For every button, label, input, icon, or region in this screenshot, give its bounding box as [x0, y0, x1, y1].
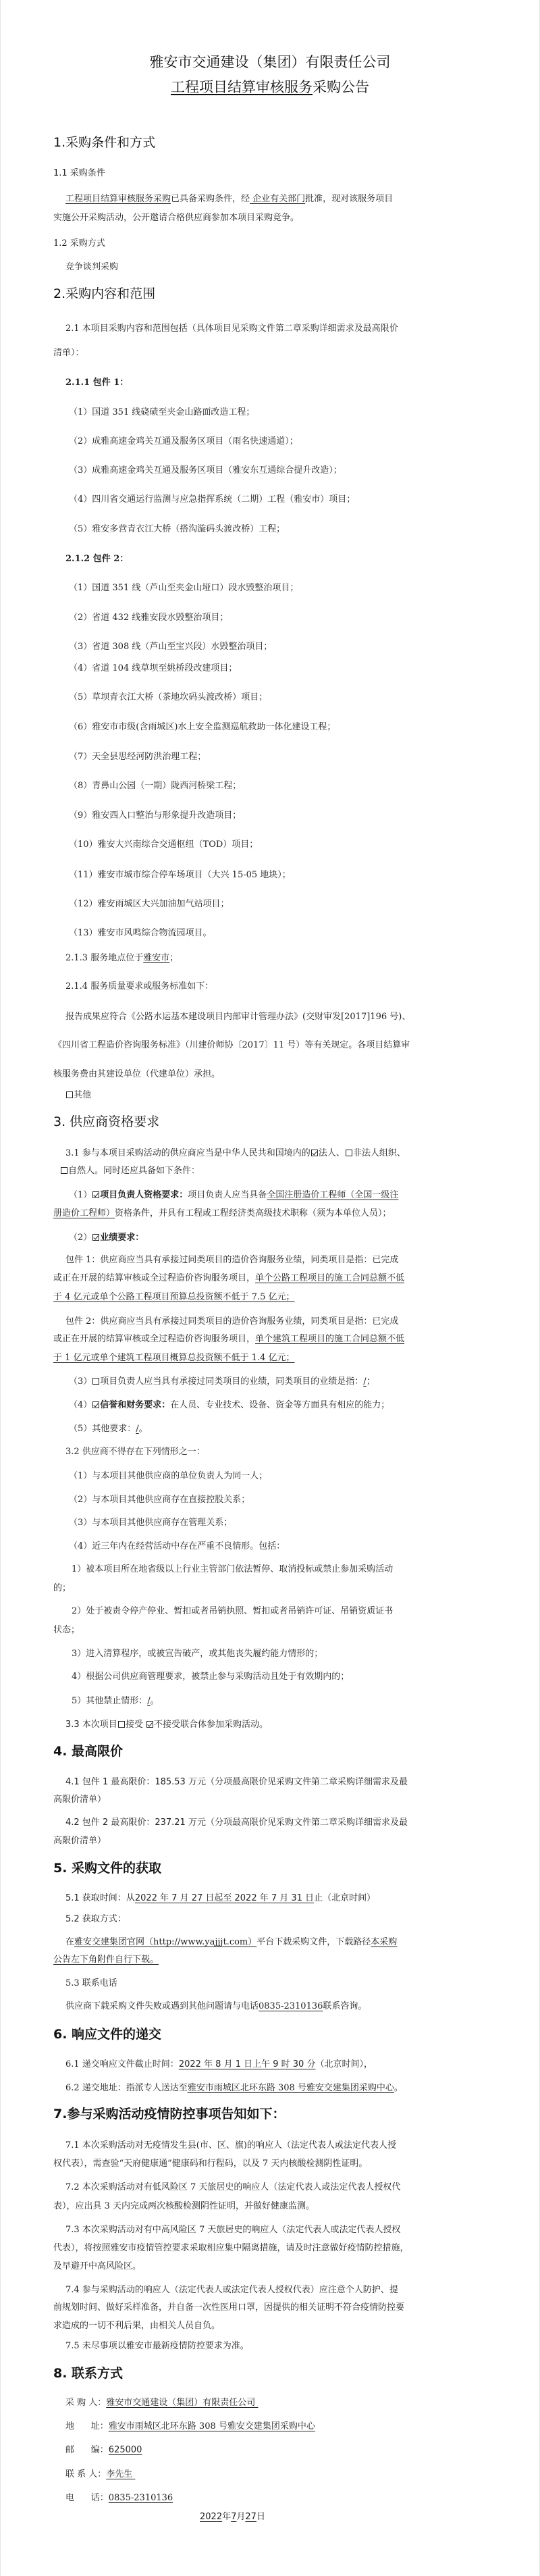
checkbox-unchecked[interactable]: [118, 1721, 125, 1728]
text: 供应商下载采购文件失败或遇到其他问题请与电话: [65, 2001, 259, 2011]
contact-value: 雅安市交通建设（集团）有限责任公司: [106, 2398, 258, 2408]
text: 已具备采购条件，经: [171, 194, 250, 204]
section-7-heading: 7.参与采购活动疫情防控事项告知如下：: [53, 2105, 285, 2123]
contact-value: 625000: [109, 2445, 142, 2455]
text: 日: [256, 2512, 265, 2522]
package-2-item: （6）雅安市市级(含雨城区)水上安全监测巡航救助一体化建设工程；: [69, 721, 335, 733]
package-1-performance-cont: 于 4 亿元或单个公路工程项目预算总投资额不低于 7.5 亿元；: [53, 1291, 294, 1304]
option-non-legal-org: 非法人组织、: [353, 1148, 406, 1158]
text: 止（北京时间）: [314, 1893, 375, 1903]
contact-label: 邮 编：: [65, 2445, 109, 2455]
website-link[interactable]: 雅安交建集团官网（http://www.yajjjt.com）: [74, 1937, 256, 1947]
checkbox-unchecked[interactable]: [92, 1378, 99, 1385]
contact-row-phone: 电 话：0835-2310136: [65, 2492, 173, 2504]
announcement-date: 2022年7月27日: [200, 2511, 265, 2523]
package-2-item: （5）草坝青衣江大桥（茶地坎码头渡改桥）项目；: [69, 692, 267, 704]
option-accept: 接受: [126, 1720, 146, 1730]
project-name: 工程项目结算审核服务采购: [65, 194, 171, 204]
acquisition-method: 在雅安交建集团官网（http://www.yajjjt.com）平台下载采购文件…: [65, 1936, 397, 1949]
section-2-1-line2: 清单）：: [53, 347, 84, 359]
package-2-item: （11）雅安市城市综合停车场项目（大兴 15-05 地块）；: [69, 869, 291, 881]
package-2-item: （2）省道 432 线雅安段水毁整治项目；: [69, 612, 228, 624]
section-1-2-heading: 1.2 采购方式: [53, 238, 105, 250]
procurement-method: 竞争谈判采购: [65, 261, 118, 274]
company-name: 雅安市交通建设（集团）有限责任公司: [0, 53, 540, 72]
epidemic-7-4-cont: 前规划时间、做好采样准备，并自备一次性医用口罩，因提供的相关证明不符合疫情防控要: [53, 2302, 404, 2314]
requirement-label: 项目负责人资格要求：: [100, 1190, 188, 1200]
text: 。: [139, 1424, 148, 1434]
contact-row-postcode: 邮 编：625000: [65, 2444, 142, 2456]
exclusion-item: （4）近三年内在经营活动中存在严重不良情形。包括：: [69, 1541, 285, 1553]
text: 3.1 参与本项目采购活动的供应商应当是中华人民共和国境内的: [65, 1148, 310, 1158]
contact-value[interactable]: 0835-2310136: [109, 2493, 173, 2503]
checkbox-checked[interactable]: [92, 1234, 99, 1241]
text: 2.1.3 服务地点位于: [65, 953, 143, 963]
epidemic-7-5: 7.5 未尽事项以雅安市最新疫情防控要求为准。: [65, 2340, 249, 2352]
text: 5）其他禁止情形：: [72, 1696, 147, 1706]
package-1-item: （4）四川省交通运行监测与应急指挥系统（二期）工程（雅安市）项目；: [69, 494, 355, 506]
text: ；: [367, 1376, 375, 1387]
package-2-max-price-cont: 高限价清单）: [53, 1835, 106, 1847]
epidemic-7-2: 7.2 本次采购活动对有低风险区 7 天旅居史的响应人（法定代表人或法定代表人授…: [65, 2182, 400, 2194]
title-rest: 采购公告: [313, 79, 369, 95]
download-path: 公告左下角附件自行下载。: [53, 1955, 159, 1965]
package-2-item: （8）青鼻山公园（一期）陇西河桥梁工程；: [69, 780, 241, 792]
requirement-4: （4）信誉和财务要求：在人员、专业技术、设备、资金等方面具有相应的能力；: [69, 1399, 389, 1412]
text: 。: [394, 2083, 403, 2093]
package-2-item: （4）省道 104 线草坝至姚桥段改建项目；: [69, 663, 237, 675]
checkbox-checked[interactable]: [92, 1401, 99, 1408]
acquisition-period: 2022 年 7 月 27 日起至 2022 年 7 月 31 日: [135, 1893, 314, 1903]
contact-phone-text: 供应商下载采购文件失败或遇到其他问题请与电话0835-2310136联系咨询。: [65, 2001, 367, 2013]
document-page: 雅安市交通建设（集团）有限责任公司 工程项目结算审核服务采购公告 1.采购条件和…: [0, 0, 540, 2576]
package-1-performance: 包件 1：供应商应当具有承接过同类项目的造价咨询服务业绩，同类项目是指：已完成: [65, 1254, 398, 1266]
title-underlined: 工程项目结算审核服务: [171, 79, 313, 95]
service-standard-line1: 报告成果应符合《公路水运基本建设项目内部审计管理办法》(交财审发[2017]19…: [65, 1011, 410, 1023]
package-2-heading: 2.1.2 包件 2：: [65, 553, 128, 565]
exclusion-sub-2: 2）处于被责令停产停业、暂扣或者吊销执照、暂扣或者吊销许可证、吊销资质证书: [72, 1605, 393, 1618]
contact-row-purchaser: 采 购 人：雅安市交通建设（集团）有限责任公司: [65, 2397, 258, 2409]
package-2-item: （10）雅安大兴南综合交通枢纽（TOD）项目；: [69, 839, 258, 851]
checkbox-unchecked[interactable]: [66, 1091, 73, 1098]
package-1-heading: 2.1.1 包件 1：: [65, 377, 128, 389]
requirement-1-cont: 册造价工程师）资格条件，并具有工程或工程经济类高级技术职称（须为本单位人员）；: [53, 1208, 391, 1220]
section-8-heading: 8. 联系方式: [53, 2365, 123, 2382]
page-edge: [0, 0, 1, 2576]
acquisition-method-heading: 5.2 获取方式：: [65, 1913, 126, 1926]
section-1-1-paragraph-cont: 实施公开采购活动，公开邀请合格供应商参加本项目采购竞争。: [53, 212, 299, 224]
submission-deadline: 6.1 递交响应文件截止时间：2022 年 8 月 1 日上午 9 时 30 分…: [65, 2059, 373, 2071]
threshold: 单个公路工程项目的施工合同总额不低: [255, 1273, 404, 1283]
checkbox-checked[interactable]: [146, 1721, 153, 1728]
date-year: 2022: [200, 2512, 222, 2522]
text: 。: [151, 1696, 159, 1706]
epidemic-7-2-cont: 表），应出具 3 天内完成两次核酸检测阴性证明，并做好健康监测。: [53, 2200, 315, 2213]
requirement-label: 信誉和财务要求：: [100, 1400, 170, 1410]
exclusion-sub-1-cont: 的；: [53, 1582, 71, 1595]
package-1-max-price-cont: 高限价清单）: [53, 1794, 106, 1806]
contact-label: 联 系 人：: [65, 2469, 106, 2479]
checkbox-unchecked[interactable]: [346, 1150, 352, 1156]
contact-label: 地 址：: [65, 2421, 109, 2431]
text: 资格条件，并具有工程或工程经济类高级技术职称（须为本单位人员）；: [115, 1208, 391, 1218]
download-path: 本采购: [371, 1937, 397, 1947]
phone-number[interactable]: 0835-2310136: [259, 2001, 323, 2011]
text: 3.3 本次项目: [65, 1720, 117, 1730]
acquisition-time: 5.1 获取时间：从2022 年 7 月 27 日起至 2022 年 7 月 3…: [65, 1892, 375, 1905]
section-1-1-heading: 1.1 采购条件: [53, 168, 105, 180]
epidemic-7-1-cont: 权代表），需查验“天府健康通”健康码和行程码，以及 7 天内核酸检测阴性证明。: [53, 2158, 367, 2170]
exclusion-item: （2）与本项目其他供应商存在直接控股关系；: [69, 1494, 250, 1506]
checkbox-checked[interactable]: [92, 1191, 99, 1198]
section-2-heading: 2.采购内容和范围: [53, 285, 155, 303]
package-1-item: （5）雅安多营青衣江大桥（搭沟漩码头渡改桥）工程；: [69, 523, 285, 536]
section-1-1-paragraph: 工程项目结算审核服务采购已具备采购条件，经 企业有关部门批准，现对该服务项目: [65, 193, 393, 205]
section-3-heading: 3. 供应商资格要求: [53, 1113, 159, 1131]
submission-address: 6.2 递交地址：指派专人送达至雅安市雨城区北环东路 308 号雅安交建集团采购…: [65, 2082, 403, 2094]
package-2-item: （13）雅安市风鸣综合物流园项目。: [69, 927, 212, 939]
deadline-value: 2022 年 8 月 1 日上午 9 时 30 分: [179, 2059, 316, 2069]
contact-label: 采 购 人：: [65, 2398, 106, 2408]
package-1-item: （3）成雅高速金鸡关互通及服务区项目（雅安东互通综合提升改造）；: [69, 465, 342, 477]
exclusion-sub-4: 4）根据公司供应商管理要求，被禁止参与采购活动且处于有效期内的；: [72, 1671, 349, 1683]
section-4-heading: 4. 最高限价: [53, 1743, 123, 1760]
package-2-item: （1）国道 351 线（芦山至夹金山垭口）段水毁整治项目；: [69, 582, 298, 594]
acquisition-method-cont: 公告左下角附件自行下载。: [53, 1954, 159, 1966]
epidemic-7-4: 7.4 参与采购活动的响应人（法定代表人或法定代表人授权代表）应注意个人防护、提: [65, 2284, 398, 2296]
package-2-performance: 包件 2：供应商应当具有承接过同类项目的造价咨询服务业绩，同类项目是指：已完成: [65, 1316, 398, 1328]
threshold: 于 1 亿元或单个建筑工程项目概算总投资额不低于 1.4 亿元；: [53, 1353, 294, 1363]
requirement-5: （5）其他要求：/。: [69, 1423, 148, 1435]
text: （5）其他要求：: [69, 1424, 136, 1434]
text: （北京时间），: [315, 2059, 373, 2069]
text: （1）: [69, 1190, 92, 1200]
text: ；: [169, 953, 178, 963]
text: 年: [222, 2512, 231, 2522]
option-legal-person: 法人、: [319, 1148, 345, 1158]
package-2-performance-cont: 于 1 亿元或单个建筑工程项目概算总投资额不低于 1.4 亿元；: [53, 1352, 294, 1364]
epidemic-7-1: 7.1 本次采购活动对无疫情发生县(市、区、旗)的响应人（法定代表人或法定代表人…: [65, 2140, 396, 2152]
text: （4）: [69, 1400, 92, 1410]
section-1-heading: 1.采购条件和方式: [53, 134, 155, 151]
qualification: 全国注册造价工程师（全国一级注: [267, 1190, 398, 1200]
checkbox-checked[interactable]: [311, 1150, 318, 1156]
contact-row-person: 联 系 人：李先生: [65, 2469, 135, 2481]
package-2-item: （9）雅安西入口整治与形象提升改造项目；: [69, 810, 241, 822]
service-standard-line3: 核服务费由其建设单位（代建单位）承担。: [53, 1068, 220, 1081]
exclusion-sub-1: 1）被本项目所在地省级以上行业主管部门依法暂停、取消投标或禁止参加采购活动: [72, 1564, 393, 1576]
package-2-performance-cont: 或正在开展的结算审核或全过程造价咨询服务项目，单个建筑工程项目的施工合同总额不低: [53, 1333, 404, 1345]
text: 平台下载采购文件，下载路径: [256, 1937, 371, 1947]
package-1-item: （2）成雅高速金鸡关互通及服务区项目（雨名快速通道）；: [69, 436, 298, 448]
text: 或正在开展的结算审核或全过程造价咨询服务项目，: [53, 1334, 255, 1344]
requirement-3: （3）项目负责人应当具有承接过同类项目的业绩，同类项目的业绩是指：/；: [69, 1376, 375, 1388]
exclusion-item: （1）与本项目其他供应商的单位负责人为同一人；: [69, 1470, 267, 1483]
text: 项目负责人应当具备: [188, 1190, 267, 1200]
qualification: 册造价工程师）: [53, 1208, 115, 1218]
address-value: 雅安市雨城区北环东路 308 号雅安交建集团采购中心: [188, 2083, 394, 2093]
page-title: 工程项目结算审核服务采购公告: [0, 78, 540, 97]
text: （2）: [69, 1233, 92, 1243]
package-2-item: （3）省道 308 线（芦山至宝兴段）水毁整治项目；: [69, 641, 272, 653]
exclusion-sub-3: 3）进入清算程序，或被宣告破产，或其他丧失履约能力情形的；: [72, 1648, 323, 1660]
threshold: 单个建筑工程项目的施工合同总额不低: [255, 1334, 404, 1344]
location-value: 雅安市: [143, 953, 169, 963]
section-3-2-heading: 3.2 供应商不得存在下列情形之一：: [65, 1446, 205, 1458]
text: 5.1 获取时间：从: [65, 1893, 135, 1903]
date-day: 27: [245, 2512, 256, 2522]
text: 项目负责人应当具有承接过同类项目的业绩，同类项目的业绩是指：: [100, 1376, 363, 1387]
epidemic-7-3-cont: 代表），将按照雅安市疫情管控要求采取相应集中隔离措施，请及时注意做好疫情防控措施…: [53, 2242, 409, 2255]
other-label: 其他: [74, 1090, 91, 1100]
service-location: 2.1.3 服务地点位于雅安市；: [65, 952, 178, 964]
approver: 企业有关部门: [250, 194, 305, 204]
text: 6.2 递交地址：指派专人送达至: [65, 2083, 188, 2093]
option-not-accept: 不接受联合体参加采购活动。: [154, 1720, 268, 1730]
requirement-2: （2）业绩要求：: [69, 1232, 144, 1244]
package-2-item: （12）雅安雨城区大兴加油加气站项目；: [69, 898, 230, 910]
text: 在人员、专业技术、设备、资金等方面具有相应的能力；: [170, 1400, 389, 1410]
text: 在: [65, 1937, 74, 1947]
section-2-1-line1: 2.1 本项目采购内容和范围包括（具体项目见采购文件第二章采购详细需求及最高限价: [65, 323, 398, 335]
package-1-performance-cont: 或正在开展的结算审核或全过程造价咨询服务项目，单个公路工程项目的施工合同总额不低: [53, 1272, 404, 1285]
package-2-item: （7）天全县思经河防洪治理工程；: [69, 751, 206, 763]
exclusion-sub-2-cont: 状态；: [53, 1624, 80, 1637]
consortium-option: 3.3 本次项目接受 不接受联合体参加采购活动。: [65, 1719, 268, 1731]
contact-value: 李先生: [106, 2469, 135, 2479]
section-3-1-line1: 3.1 参与本项目采购活动的供应商应当是中华人民共和国境内的法人、非法人组织、: [65, 1148, 406, 1160]
text: 批准，现对该服务项目: [305, 194, 393, 204]
epidemic-7-4-cont: 求造成的一切不利后果，由相关人员自负。: [53, 2320, 220, 2332]
service-standard-heading: 2.1.4 服务质量要求或服务标准如下：: [65, 981, 213, 993]
contact-row-address: 地 址：雅安市雨城区北环东路 308 号雅安交建集团采购中心: [65, 2421, 315, 2433]
checkbox-unchecked[interactable]: [61, 1167, 67, 1174]
requirement-label: 业绩要求：: [100, 1233, 144, 1243]
service-standard-line2: 《四川省工程造价咨询服务标准》（川建价师协〔2017〕11 号）等有关规定。各项…: [53, 1039, 410, 1052]
threshold: 于 4 亿元或单个公路工程项目预算总投资额不低于 7.5 亿元；: [53, 1292, 294, 1302]
section-3-1-line2: 自然人。同时还应具备如下条件：: [60, 1165, 200, 1177]
text: 6.1 递交响应文件截止时间：: [65, 2059, 179, 2069]
exclusion-sub-5: 5）其他禁止情形：/。: [72, 1695, 159, 1707]
section-6-heading: 6. 响应文件的递交: [53, 2026, 161, 2043]
text: 月: [236, 2512, 245, 2522]
exclusion-item: （3）与本项目其他供应商存在管理关系；: [69, 1517, 232, 1529]
requirement-1: （1）项目负责人资格要求：项目负责人应当具备全国注册造价工程师（全国一级注: [69, 1189, 398, 1202]
text: （3）: [69, 1376, 92, 1387]
section-5-heading: 5. 采购文件的获取: [53, 1859, 161, 1877]
contact-value: 雅安市雨城区北环东路 308 号雅安交建集团采购中心: [109, 2421, 315, 2431]
contact-phone-heading: 5.3 联系电话: [65, 1978, 117, 1990]
package-1-max-price: 4.1 包件 1 最高限价：185.53 万元（分项最高限价见采购文件第二章采购…: [65, 1776, 408, 1788]
package-2-max-price: 4.2 包件 2 最高限价：237.21 万元（分项最高限价见采购文件第二章采购…: [65, 1817, 408, 1829]
contact-label: 电 话：: [65, 2493, 109, 2503]
option-natural-person: 自然人。同时还应具备如下条件：: [68, 1166, 200, 1176]
package-1-item: （1）国道 351 线硗碛至夹金山路面改造工程；: [69, 407, 254, 419]
other-option[interactable]: 其他: [65, 1089, 91, 1102]
text: 或正在开展的结算审核或全过程造价咨询服务项目，: [53, 1273, 255, 1283]
epidemic-7-3: 7.3 本次采购活动对有中高风险区 7 天旅居史的响应人（法定代表人或法定代表人…: [65, 2224, 400, 2236]
epidemic-7-3-cont: 及早避开中高风险区。: [53, 2261, 141, 2273]
text: 联系咨询。: [323, 2001, 367, 2011]
